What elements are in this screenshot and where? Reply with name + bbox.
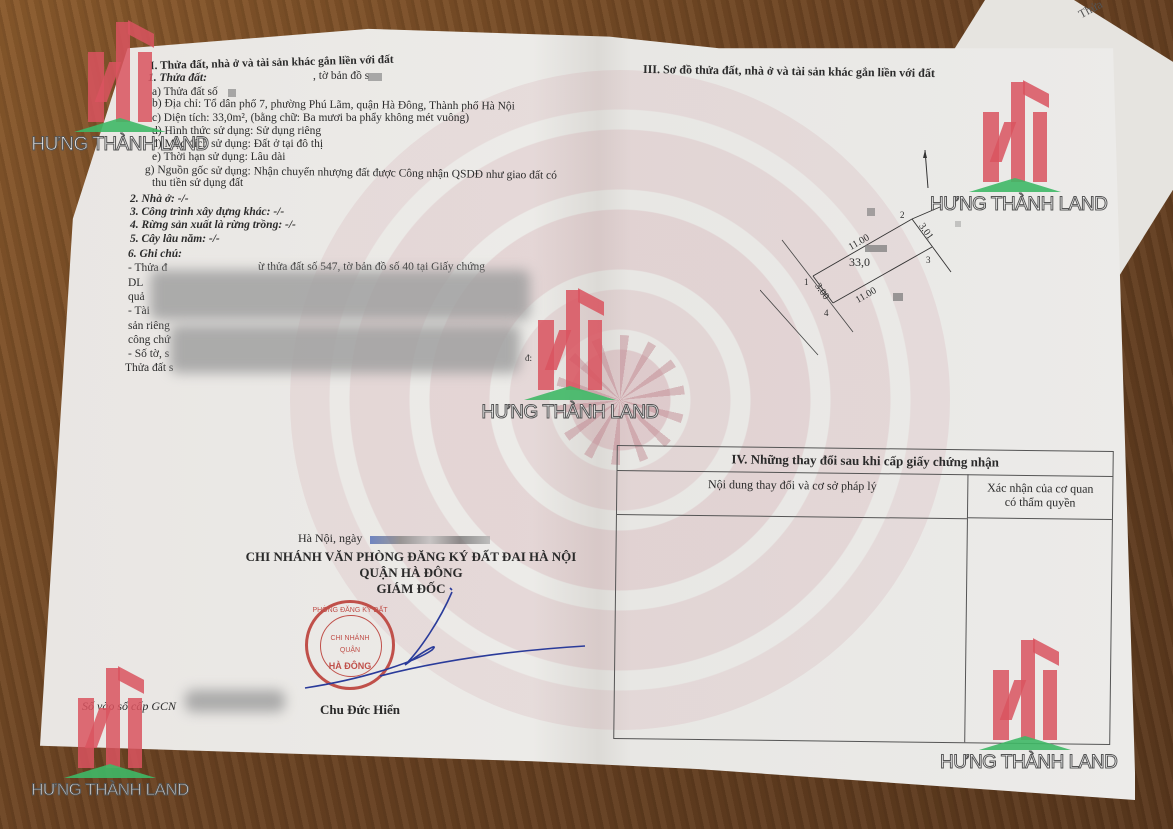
note-line: - Số tờ, s	[128, 348, 169, 361]
notes-heading: 6. Ghi chú:	[128, 248, 182, 261]
usage-form-line: d) Hình thức sử dụng: Sử dụng riêng	[152, 125, 321, 138]
origin-line-2: thu tiền sử dụng đất	[152, 177, 243, 190]
note-line: - Tài	[128, 305, 150, 318]
house-item: 2. Nhà ở: -/-	[130, 193, 189, 206]
area-line: c) Diện tích: 33,0m², (bằng chữ: Ba mươi…	[152, 112, 469, 125]
redacted-mark	[368, 73, 382, 81]
section1-parcel-heading: 1. Thửa đất:	[148, 72, 207, 85]
map-sheet-label: , tờ bản đồ s	[313, 70, 369, 83]
other-construction-item: 3. Công trình xây dựng khác: -/-	[130, 206, 284, 219]
redacted-area	[150, 270, 530, 320]
usage-purpose-line: đ) Mục đích sử dụng: Đất ở tại đô thị	[152, 138, 323, 151]
note-line: đ:	[525, 352, 532, 365]
parcel-point-1: 1	[804, 276, 809, 289]
parcel-point-4: 4	[824, 307, 829, 320]
changes-table: IV. Những thay đổi sau khi cấp giấy chứn…	[613, 445, 1114, 745]
issuing-office: CHI NHÁNH VĂN PHÒNG ĐĂNG KÝ ĐẤT ĐAI HÀ N…	[226, 549, 596, 565]
redacted-area	[170, 325, 520, 373]
table-column-divider	[964, 518, 968, 742]
handwritten-signature	[300, 580, 590, 690]
place-date-label: Hà Nội, ngày	[298, 532, 362, 545]
authority-confirmation-header: Xác nhận của cơ quan có thẩm quyền	[967, 474, 1113, 520]
registry-number-label: Số vào sổ cấp GCN	[82, 700, 176, 713]
perennial-tree-item: 5. Cây lâu năm: -/-	[130, 233, 220, 246]
usage-term-line: e) Thời hạn sử dụng: Lâu dài	[152, 151, 285, 164]
production-forest-item: 4. Rừng sản xuất là rừng trồng: -/-	[130, 219, 296, 232]
parcel-point-3: 3	[926, 254, 931, 267]
parcel-point-2: 2	[900, 209, 905, 222]
note-line: sản riêng	[128, 320, 170, 333]
note-line: công chứ	[128, 334, 170, 347]
issuing-district: QUẬN HÀ ĐÔNG	[226, 565, 596, 581]
redacted-mark	[228, 89, 236, 97]
signer-name: Chu Đức Hiển	[300, 702, 420, 718]
redacted-date	[370, 536, 490, 544]
redacted-area	[185, 690, 285, 712]
note-line: Thửa đất s	[125, 362, 173, 375]
note-line: quả	[128, 291, 145, 304]
note-line: DL	[128, 277, 143, 290]
parcel-area-value: 33,0	[849, 256, 870, 269]
changes-content-header: Nội dung thay đổi và cơ sở pháp lý	[617, 470, 968, 519]
